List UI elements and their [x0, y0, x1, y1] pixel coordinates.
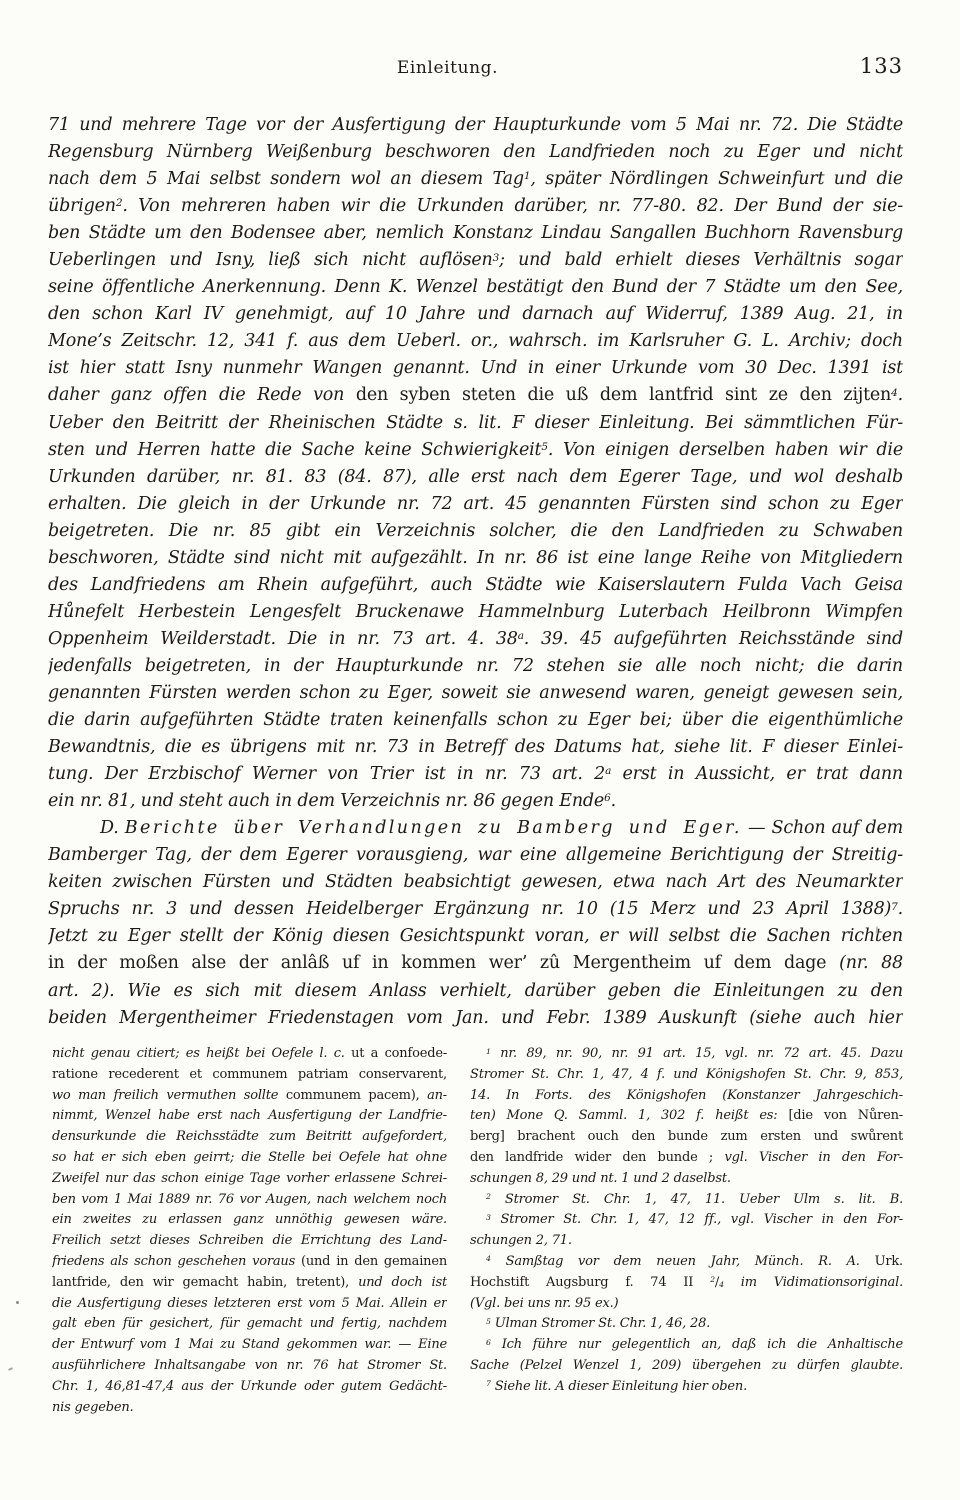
footnote-line: ten) Mone Q. Samml. 1, 302 f. heißt es: … — [470, 1106, 903, 1127]
text-segment: Ich führe nur gelegentlich an, daß ich d… — [491, 1337, 903, 1352]
text-segment: schungen 8, 29 und nt. 1 und 2 daselbst. — [470, 1171, 731, 1186]
page-header: Einleitung. 133 — [48, 58, 903, 88]
body-line: den schon Karl IV genehmigt, auf 10 Jahr… — [48, 301, 903, 328]
footnote-line: 1 nr. 89, nr. 90, nr. 91 art. 15, vgl. n… — [470, 1044, 903, 1065]
text-segment: ben Städte um den Bodensee aber, nemlich… — [48, 223, 903, 243]
text-segment: nr. 89, nr. 90, nr. 91 art. 15, vgl. nr.… — [491, 1046, 903, 1061]
text-segment: jedenfalls beigetreten, in der Haupturku… — [48, 656, 903, 676]
footnote-line: (Vgl. bei uns nr. 95 ex.) — [470, 1294, 903, 1315]
body-line: Ueber den Beitritt der Rheinischen Städt… — [48, 410, 903, 437]
text-segment: Oppenheim Weilderstadt. Die in nr. 73 ar… — [48, 629, 518, 649]
text-segment: erhalten. Die gleich in der Urkunde nr. … — [48, 494, 903, 514]
superscript-marker: 2 — [710, 1275, 715, 1284]
subscript-digit: 4 — [719, 1280, 724, 1289]
superscript-marker: 7 — [486, 1379, 491, 1388]
text-segment: tung. Der Erzbischof Werner von Trier is… — [48, 764, 605, 784]
footnote-line: Stromer St. Chr. 1, 47, 4 f. und Königsh… — [470, 1065, 903, 1086]
text-segment: die darin aufgeführten Städte traten kei… — [48, 710, 903, 730]
text-segment: ben vom 1 Mai 1889 nr. 76 vor Augen, nac… — [52, 1192, 447, 1207]
text-segment: Zweifel nur das schon einige Tage vorher… — [52, 1171, 447, 1186]
body-line: genannten Fürsten werden schon zu Eger, … — [48, 680, 903, 707]
footnote-line: ben vom 1 Mai 1889 nr. 76 vor Augen, nac… — [52, 1190, 447, 1211]
footnotes-section: 35nicht genau citiert; es heißt bei Oefe… — [52, 1044, 903, 1418]
text-segment: D. — [100, 818, 125, 838]
superscript-marker: 5 — [486, 1317, 491, 1326]
body-text: 71 und mehrere Tage vor der Ausfertigung… — [48, 112, 903, 1032]
text-segment: [die von Nůren- — [788, 1108, 903, 1123]
footnote-column-left: 35nicht genau citiert; es heißt bei Oefe… — [52, 1044, 447, 1418]
text-segment: Regensburg Nürnberg Weißenburg beschwore… — [48, 142, 903, 162]
text-segment: beschworen, Städte sind nicht mit aufgez… — [48, 548, 903, 568]
footnote-line: 3 Stromer St. Chr. 1, 47, 12 ff., vgl. V… — [470, 1210, 903, 1231]
text-segment: im Vidimationsoriginal. — [724, 1275, 903, 1290]
body-line: übrigen2. Von mehreren haben wir die Urk… — [48, 193, 903, 220]
text-segment: schungen 2, 71. — [470, 1233, 572, 1248]
text-segment: Jetzt zu Eger stellt der König diesen Ge… — [48, 926, 903, 946]
body-line: Mone’s Zeitschr. 12, 341 f. aus dem Uebe… — [48, 328, 903, 355]
text-segment: so hat er sich eben geirrt; die Stelle b… — [52, 1150, 447, 1165]
text-segment: vgl. Vischer in den For- — [724, 1150, 903, 1165]
footnote-line: wo man freilich vermuthen sollte commune… — [52, 1086, 447, 1107]
body-line: Ueberlingen und Isny, ließ sich nicht au… — [48, 247, 903, 274]
scanned-book-page: Einleitung. 133 71 und mehrere Tage vor … — [0, 0, 960, 1500]
footnote-line: nimmt, Wenzel habe erst nach Ausfertigun… — [52, 1106, 447, 1127]
text-segment: seine öffentliche Anerkennung. Denn K. W… — [48, 277, 903, 297]
text-segment: Hochstift Augsburg f. 74 II — [470, 1275, 710, 1290]
text-segment: nach dem 5 Mai selbst sondern wol an die… — [48, 169, 524, 189]
footnote-column-right: 1 nr. 89, nr. 90, nr. 91 art. 15, vgl. n… — [470, 1044, 903, 1418]
body-line: 71 und mehrere Tage vor der Ausfertigung… — [48, 112, 903, 139]
body-line: sten und Herren hatte die Sache keine Sc… — [48, 437, 903, 464]
text-segment: den syben steten die uß dem lantfrid sin… — [356, 385, 891, 405]
body-line: daher ganz offen die Rede von den syben … — [48, 382, 903, 409]
superscript-marker: 3 — [493, 252, 499, 264]
footnote-line: 4 Samßtag vor dem neuen Jahr, Münch. R. … — [470, 1252, 903, 1273]
text-segment: . 39. 45 aufgeführten Reichsstände sind — [524, 629, 903, 649]
text-segment: Stromer St. Chr. 1, 47, 11. Ueber Ulm s.… — [491, 1192, 903, 1207]
text-segment: in der moßen alse der anlâß uf in kommen… — [48, 953, 839, 973]
footnote-line: 2 Stromer St. Chr. 1, 47, 11. Ueber Ulm … — [470, 1190, 903, 1211]
body-line: keiten zwischen Fürsten und Städten beab… — [48, 869, 903, 896]
text-segment: Samßtag vor dem neuen Jahr, Münch. R. A. — [491, 1254, 875, 1269]
superscript-marker: 3 — [486, 1213, 491, 1222]
text-segment: erst in Aussicht, er trat dann — [611, 764, 903, 784]
text-segment: ten) Mone Q. Samml. 1, 302 f. heißt es: — [470, 1108, 788, 1123]
scan-artifact-dot — [876, 926, 878, 934]
text-segment: daher ganz offen die Rede von — [48, 385, 356, 405]
text-segment: den landfride wider den bunde ; — [470, 1150, 724, 1165]
text-segment: Stromer St. Chr. 1, 47, 12 ff., vgl. Vis… — [491, 1212, 903, 1227]
footnote-line: schungen 2, 71. — [470, 1231, 903, 1252]
body-line: D. Berichte über Verhandlungen zu Bamber… — [48, 815, 903, 842]
footnote-line: 50ausführlichere Inhaltsangabe von nr. 7… — [52, 1356, 447, 1377]
text-segment: Bewandtnis, die es übrigens mit nr. 73 i… — [48, 737, 903, 757]
body-line: ein nr. 81, und steht auch in dem Verzei… — [48, 788, 903, 815]
superscript-marker: 2 — [486, 1192, 491, 1201]
superscript-marker: a — [605, 765, 611, 777]
text-segment: genannten Fürsten werden schon zu Eger, … — [48, 683, 903, 703]
superscript-marker: 4 — [891, 387, 897, 399]
text-segment: Freilich setzt dieses Schreiben die Erri… — [52, 1233, 447, 1248]
scan-artifact-dot — [8, 1367, 13, 1371]
footnote-line: lantfride, den wir gemacht habin, treten… — [52, 1273, 447, 1294]
text-segment: Sache (Pelzel Wenzel 1, 209) übergehen z… — [470, 1358, 903, 1373]
text-segment: keiten zwischen Fürsten und Städten beab… — [48, 872, 903, 892]
text-segment: (nr. 88 — [839, 953, 903, 973]
text-segment: an- — [427, 1088, 447, 1103]
footnote-line: 45friedens als schon geschehen voraus (u… — [52, 1252, 447, 1273]
body-line: 5ben Städte um den Bodensee aber, nemlic… — [48, 220, 903, 247]
body-line: die darin aufgeführten Städte traten kei… — [48, 707, 903, 734]
text-segment: nimmt, Wenzel habe erst nach Ausfertigun… — [52, 1108, 447, 1123]
footnote-line: die Ausfertigung dieses letzteren erst v… — [52, 1294, 447, 1315]
text-segment: berg] brachent ouch den bunde zum ersten… — [470, 1129, 903, 1144]
text-segment: friedens als schon geschehen voraus — [52, 1254, 301, 1269]
text-segment: lantfride, den wir gemacht habin, treten… — [52, 1275, 358, 1290]
running-title: Einleitung. — [48, 58, 847, 78]
body-line: Jetzt zu Eger stellt der König diesen Ge… — [48, 923, 903, 950]
text-segment: der Entwurf vom 1 Mai zu Stand gekommen … — [52, 1337, 447, 1352]
text-segment: communem pacem), — [286, 1088, 427, 1103]
footnote-line: 6 Ich führe nur gelegentlich an, daß ich… — [470, 1335, 903, 1356]
text-segment: übrigen — [48, 196, 116, 216]
footnote-line: den landfride wider den bunde ; vgl. Vis… — [470, 1148, 903, 1169]
footnote-line: Chr. 1, 46,81-47,4 aus der Urkunde oder … — [52, 1377, 447, 1398]
text-segment: Hůnefelt Herbestein Lengesfelt Bruckenaw… — [48, 602, 903, 622]
footnote-line: Zweifel nur das schon einige Tage vorher… — [52, 1169, 447, 1190]
text-segment: Ueberlingen und Isny, ließ sich nicht au… — [48, 250, 493, 270]
superscript-marker: 2 — [116, 197, 122, 209]
text-segment: beigetreten. Die nr. 85 gibt ein Verzeic… — [48, 521, 903, 541]
text-segment: Ulman Stromer St. Chr. 1, 46, 28. — [491, 1316, 710, 1331]
body-line: in der moßen alse der anlâß uf in kommen… — [48, 950, 903, 977]
footnote-line: Freilich setzt dieses Schreiben die Erri… — [52, 1231, 447, 1252]
text-segment: 14. In Forts. des Königshofen (Konstanze… — [470, 1088, 903, 1103]
text-segment: . — [898, 385, 903, 405]
text-segment: des Landfriedens am Rhein aufgeführt, au… — [48, 575, 903, 595]
text-segment: ist hier statt Isny nunmehr Wangen genan… — [48, 358, 903, 378]
body-line: Regensburg Nürnberg Weißenburg beschwore… — [48, 139, 903, 166]
text-segment: sten und Herren hatte die Sache keine Sc… — [48, 440, 541, 460]
scan-artifact-dot — [16, 1301, 19, 1304]
page-number: 133 — [860, 54, 903, 78]
superscript-marker: 6 — [486, 1338, 491, 1347]
text-segment: (Vgl. bei uns nr. 95 ex.) — [470, 1296, 618, 1311]
body-line: des Landfriedens am Rhein aufgeführt, au… — [48, 572, 903, 599]
body-line: 15erhalten. Die gleich in der Urkunde nr… — [48, 491, 903, 518]
body-line: seine öffentliche Anerkennung. Denn K. W… — [48, 274, 903, 301]
text-segment: ein zweites zu erlassen ganz unnöthig ge… — [52, 1212, 447, 1227]
footnote-line: 14. In Forts. des Königshofen (Konstanze… — [470, 1086, 903, 1107]
body-line: Hůnefelt Herbestein Lengesfelt Bruckenaw… — [48, 599, 903, 626]
text-segment: (und in den gemainen — [301, 1254, 447, 1269]
text-segment: nis gegeben. — [52, 1400, 133, 1415]
text-segment: Mone’s Zeitschr. 12, 341 f. aus dem Uebe… — [48, 331, 903, 351]
body-line: beigetreten. Die nr. 85 gibt ein Verzeic… — [48, 518, 903, 545]
footnote-line: densurkunde die Reichsstädte zum Beitrit… — [52, 1127, 447, 1148]
text-segment: art. 2). Wie es sich mit diesem Anlass v… — [48, 981, 903, 1001]
text-segment: ratione recederent et communem patriam c… — [52, 1067, 447, 1082]
body-line: 25tung. Der Erzbischof Werner von Trier … — [48, 761, 903, 788]
text-segment: Urk. — [875, 1254, 903, 1269]
footnote-line: galt eben für gesichert, für gemacht und… — [52, 1314, 447, 1335]
text-segment: Ueber den Beitritt der Rheinischen Städt… — [48, 413, 903, 433]
body-line: jedenfalls beigetreten, in der Haupturku… — [48, 653, 903, 680]
text-segment: Siehe lit. A dieser Einleitung hier oben… — [491, 1379, 747, 1394]
footnote-line: Sache (Pelzel Wenzel 1, 209) übergehen z… — [470, 1356, 903, 1377]
text-segment: . — [898, 899, 903, 919]
body-line: 30Spruchs nr. 3 und dessen Heidelberger … — [48, 896, 903, 923]
text-segment: nicht genau citiert; es heißt bei Oefele… — [52, 1046, 351, 1061]
superscript-marker: 5 — [541, 441, 547, 453]
superscript-marker: 6 — [604, 792, 610, 804]
text-segment: ut a confoede- — [351, 1046, 447, 1061]
text-segment: Bamberger Tag, der dem Egerer vorausgien… — [48, 845, 903, 865]
text-segment: . Von einigen derselben haben wir die — [548, 440, 903, 460]
text-segment: den schon Karl IV genehmigt, auf 10 Jahr… — [48, 304, 903, 324]
text-segment: Berichte über Verhandlungen zu Bamberg u… — [125, 818, 742, 838]
body-line: Urkunden darüber, nr. 81. 83 (84. 87), a… — [48, 464, 903, 491]
footnote-line: nis gegeben. — [52, 1398, 447, 1419]
text-segment: Urkunden darüber, nr. 81. 83 (84. 87), a… — [48, 467, 903, 487]
body-line: nach dem 5 Mai selbst sondern wol an die… — [48, 166, 903, 193]
footnote-line: 40so hat er sich eben geirrt; die Stelle… — [52, 1148, 447, 1169]
text-segment: , später Nördlingen Schweinfurt und die — [530, 169, 903, 189]
text-segment: beiden Mergentheimer Friedenstagen vom J… — [48, 1008, 903, 1028]
text-segment: Spruchs nr. 3 und dessen Heidelberger Er… — [48, 899, 891, 919]
body-line: 20Oppenheim Weilderstadt. Die in nr. 73 … — [48, 626, 903, 653]
body-line: beiden Mergentheimer Friedenstagen vom J… — [48, 1005, 903, 1032]
text-segment: 71 und mehrere Tage vor der Ausfertigung… — [48, 115, 903, 135]
text-segment: galt eben für gesichert, für gemacht und… — [52, 1316, 447, 1331]
footnote-line: schungen 8, 29 und nt. 1 und 2 daselbst. — [470, 1169, 903, 1190]
footnote-line: ratione recederent et communem patriam c… — [52, 1065, 447, 1086]
text-segment: wo man freilich vermuthen sollte — [52, 1088, 286, 1103]
text-segment: . Von mehreren haben wir die Urkunden da… — [122, 196, 903, 216]
footnote-line: 7 Siehe lit. A dieser Einleitung hier ob… — [470, 1377, 903, 1398]
superscript-marker: 4 — [486, 1254, 491, 1263]
superscript-marker: a — [518, 630, 524, 642]
text-segment: Stromer St. Chr. 1, 47, 4 f. und Königsh… — [470, 1067, 903, 1082]
body-line: Bamberger Tag, der dem Egerer vorausgien… — [48, 842, 903, 869]
text-segment: die Ausfertigung dieses letzteren erst v… — [52, 1296, 447, 1311]
body-line: art. 2). Wie es sich mit diesem Anlass v… — [48, 978, 903, 1005]
text-segment: — Schon auf dem — [742, 818, 903, 838]
body-line: Bewandtnis, die es übrigens mit nr. 73 i… — [48, 734, 903, 761]
superscript-marker: 7 — [891, 901, 897, 913]
superscript-marker: 1 — [486, 1047, 491, 1056]
footnote-line: Hochstift Augsburg f. 74 II 2/4 im Vidim… — [470, 1273, 903, 1294]
footnote-line: berg] brachent ouch den bunde zum ersten… — [470, 1127, 903, 1148]
footnote-line: der Entwurf vom 1 Mai zu Stand gekommen … — [52, 1335, 447, 1356]
text-segment: und doch ist — [358, 1275, 447, 1290]
text-segment: ein nr. 81, und steht auch in dem Verzei… — [48, 791, 604, 811]
footnote-line: 5 Ulman Stromer St. Chr. 1, 46, 28. — [470, 1314, 903, 1335]
body-line: beschworen, Städte sind nicht mit aufgez… — [48, 545, 903, 572]
footnote-line: 35nicht genau citiert; es heißt bei Oefe… — [52, 1044, 447, 1065]
text-segment: . — [611, 791, 616, 811]
text-segment: Chr. 1, 46,81-47,4 aus der Urkunde oder … — [52, 1379, 447, 1394]
text-segment: ausführlichere Inhaltsangabe von nr. 76 … — [52, 1358, 447, 1373]
text-segment: ; und bald erhielt dieses Verhältnis sog… — [499, 250, 903, 270]
text-segment: densurkunde die Reichsstädte zum Beitrit… — [52, 1129, 447, 1144]
superscript-marker: 1 — [524, 170, 530, 182]
body-line: 10ist hier statt Isny nunmehr Wangen gen… — [48, 355, 903, 382]
footnote-line: ein zweites zu erlassen ganz unnöthig ge… — [52, 1210, 447, 1231]
